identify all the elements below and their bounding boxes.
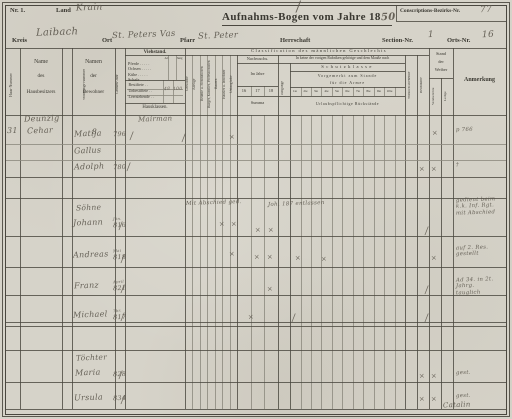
viehstand-bottom: Hausklassen. bbox=[125, 106, 185, 111]
grid-mark: × bbox=[295, 255, 302, 263]
grid-mark: × bbox=[419, 373, 426, 381]
col-hausbesitzer-3: Hausbesitzers bbox=[20, 90, 62, 95]
group-left-col: Jünglinge bbox=[281, 64, 288, 112]
pfarr-label: Pfarr bbox=[180, 38, 195, 45]
section-value: 1 bbox=[428, 31, 434, 40]
houses-row-value-a: 48 bbox=[163, 88, 169, 93]
conscription-district-label: Conscriptions-Bezirks-Nr. bbox=[400, 9, 460, 14]
grid-mark: ∕ bbox=[424, 314, 429, 324]
scanned-census-form: Nr. 1. Land Krain Aufnahms-Bogen vom Jah… bbox=[0, 0, 512, 419]
grid-mark: ∕ bbox=[118, 222, 123, 232]
nachwuchs-age-cell: 18 bbox=[265, 89, 277, 93]
row-group-label: Söhne bbox=[76, 204, 102, 212]
grid-hline bbox=[6, 236, 506, 237]
pfarr-value: St. Peter bbox=[198, 31, 239, 41]
kreis-label: Kreis bbox=[12, 38, 27, 45]
inhabitant-name: Andreas bbox=[73, 250, 109, 259]
nachwuchs-note: Im Jahre bbox=[237, 72, 278, 76]
grid-mark: × bbox=[432, 130, 439, 138]
grid-mark: × bbox=[431, 373, 438, 381]
grid-vline bbox=[168, 55, 169, 80]
grid-mark: ∕ bbox=[424, 286, 429, 296]
grid-vline bbox=[176, 55, 177, 80]
nachwuchs-age-cell: 16 bbox=[238, 89, 250, 93]
page-number: Nr. 1. bbox=[10, 8, 25, 15]
classification-right-col: Wirklich Dienende bbox=[408, 57, 415, 113]
grid-vline bbox=[62, 48, 63, 409]
kreis-value: Laibach bbox=[36, 27, 79, 38]
grid-hline bbox=[6, 326, 506, 327]
grid-mark: × bbox=[267, 286, 274, 294]
grid-hline bbox=[237, 96, 405, 97]
form-title-year-handwritten: 50 bbox=[381, 13, 396, 24]
remark-entry: p 766 bbox=[456, 128, 473, 134]
grid-hline bbox=[6, 160, 506, 161]
grid-vline bbox=[20, 48, 21, 409]
grid-mark: ∕ bbox=[120, 313, 125, 323]
col-bewohner-3: Bewohner bbox=[72, 90, 115, 95]
ort-value: St. Peters Vas bbox=[112, 30, 176, 41]
viehstand-col-b: Jung bbox=[177, 57, 183, 60]
grid-vline bbox=[417, 55, 418, 409]
inhabitant-name: Matija bbox=[74, 130, 102, 139]
weiber-title-2: der bbox=[429, 60, 453, 64]
birth-year: 780 bbox=[113, 164, 127, 171]
grid-mark: ∕ bbox=[126, 163, 131, 173]
inhabitant-name: Adolph bbox=[74, 162, 105, 171]
group-bottom: Urlaubspflichtige Rückstände bbox=[290, 103, 405, 107]
grid-mark: ∕ bbox=[120, 396, 125, 406]
grid-hline bbox=[290, 71, 405, 72]
inhabitant-name: Gallus bbox=[74, 147, 102, 156]
grid-vline bbox=[237, 55, 238, 409]
classification-title: Classification des männlichen Geschlecht… bbox=[185, 49, 453, 54]
houses-row-label: Leerstehende . . bbox=[129, 95, 154, 99]
grid-hline bbox=[6, 267, 506, 268]
grid-mark: × bbox=[231, 221, 238, 229]
armee-class-cell: 6te bbox=[343, 90, 353, 93]
grid-mark: × bbox=[431, 166, 438, 174]
col-hausbesitzer-2: des bbox=[20, 74, 62, 79]
grid-hline bbox=[125, 55, 429, 56]
inhabitant-name: Michael bbox=[73, 310, 108, 319]
grid-mark: ∕ bbox=[181, 134, 186, 144]
armee-class-cell: 1te bbox=[290, 90, 300, 93]
remark-entry: gest. bbox=[456, 394, 471, 400]
grid-hline bbox=[125, 103, 185, 104]
classification-col-label: Adelige bbox=[193, 57, 200, 111]
grid-hline bbox=[237, 63, 405, 64]
grid-mark: × bbox=[321, 256, 328, 264]
inhabitant-name: Franz bbox=[74, 282, 99, 291]
grid-hline bbox=[290, 87, 405, 88]
house-number-value: 31 bbox=[7, 127, 18, 135]
classification-col-label: Bauern bbox=[215, 57, 222, 111]
grid-mark: × bbox=[255, 227, 262, 235]
armee-class-cell: 10te bbox=[385, 90, 395, 93]
houses-row-value-b: 100 bbox=[173, 88, 183, 93]
houses-row-label: Bestiftete . . bbox=[129, 83, 148, 87]
classification-col-label: Beamte u. Honoratioren bbox=[201, 57, 208, 111]
grid-hline bbox=[6, 382, 506, 383]
col-hausbesitzer-1: Name bbox=[20, 60, 62, 66]
grid-mark: × bbox=[419, 396, 426, 404]
remark-entry: † bbox=[456, 163, 459, 169]
grid-hline bbox=[6, 48, 506, 49]
grid-mark: × bbox=[431, 396, 438, 404]
grid-mark: × bbox=[267, 254, 274, 262]
grid-hline bbox=[6, 322, 506, 323]
orts-value: 16 bbox=[482, 31, 494, 40]
grid-mark: ∕ bbox=[291, 314, 296, 324]
grid-vline bbox=[405, 55, 406, 409]
nachwuchs-title: Nachwuchs. bbox=[237, 57, 278, 61]
birth-year: 796 bbox=[113, 131, 127, 138]
group-sub1: Vorgemerkt zum Stande bbox=[290, 74, 405, 78]
grid-hline bbox=[429, 78, 453, 79]
group-line2: Schutzklasse bbox=[290, 65, 405, 70]
house-owner-name: Cehar bbox=[27, 127, 53, 136]
grid-vline bbox=[441, 78, 442, 409]
weiber-title-1: Stand bbox=[429, 52, 453, 56]
grid-mark: × bbox=[229, 134, 236, 142]
grid-mark: × bbox=[419, 166, 426, 174]
grid-mark: × bbox=[229, 251, 236, 259]
armee-class-cell: 4te bbox=[322, 90, 332, 93]
grid-hline bbox=[237, 86, 278, 87]
inhabitant-name: Maria bbox=[75, 369, 101, 378]
grid-mark: × bbox=[268, 227, 275, 235]
nachwuchs-age-cell: 17 bbox=[252, 89, 264, 93]
weiber-col-label: Ledige bbox=[444, 80, 451, 113]
grid-vline bbox=[395, 87, 396, 96]
land-value-handwritten: Krain bbox=[76, 4, 103, 14]
houses-row-label: Unbestiftete . . bbox=[129, 89, 153, 93]
col-haus-nummer: Haus-Nummer bbox=[9, 58, 17, 112]
remark-entry: gest. bbox=[456, 371, 471, 377]
col-bewohner-2: der bbox=[72, 74, 115, 79]
col-anmerkung: Anmerkung bbox=[453, 77, 506, 83]
grid-vline bbox=[278, 55, 279, 409]
grid-vline bbox=[396, 6, 397, 21]
weiber-col-label: Verehelichte bbox=[432, 80, 439, 113]
remark-entry: mit Abschied bbox=[456, 210, 495, 217]
classification-right-col: Beurlaubte bbox=[420, 57, 427, 113]
classification-col-label: Bürger, Künstler, Professionisten bbox=[208, 57, 215, 111]
group-sub2: für die Armee bbox=[290, 81, 405, 85]
ort-label: Ort bbox=[102, 38, 112, 45]
grid-mark: ∕ bbox=[424, 227, 429, 237]
handwritten-note: Mairman bbox=[138, 115, 173, 123]
col-bewohner-1: Namen bbox=[72, 60, 115, 66]
inhabitant-name: Ursula bbox=[74, 393, 103, 402]
nachwuchs-summa: Summa bbox=[237, 101, 278, 105]
grid-mark: ∕ bbox=[129, 132, 134, 142]
armee-class-cell: 2te bbox=[301, 90, 311, 93]
house-owner-name: Deunzig bbox=[24, 114, 60, 123]
grid-vline bbox=[453, 48, 454, 409]
armee-class-cell: 7te bbox=[353, 90, 363, 93]
grid-mark: ∕ bbox=[118, 371, 123, 381]
grid-hline bbox=[6, 295, 506, 296]
grid-mark: ∕ bbox=[120, 255, 125, 265]
conscription-district-value: 77 bbox=[480, 6, 492, 15]
grid-mark: × bbox=[254, 254, 261, 262]
land-label: Land bbox=[56, 8, 71, 15]
grid-vline bbox=[429, 48, 430, 409]
grid-mark: ∕ bbox=[120, 285, 125, 295]
weiber-title-3: Weiber bbox=[429, 68, 453, 72]
inhabitant-name: Johann bbox=[73, 218, 103, 227]
grid-hline bbox=[6, 144, 506, 145]
armee-class-cell: 9te bbox=[374, 90, 384, 93]
grid-mark: × bbox=[219, 221, 226, 229]
row-group-label: Töchter bbox=[76, 353, 107, 362]
grid-hline bbox=[6, 177, 506, 178]
remark-entry: tauglich bbox=[456, 290, 481, 296]
col-geburtsjahr: Geburts-Jahr bbox=[116, 56, 124, 113]
grid-vline bbox=[72, 48, 73, 409]
grid-hline bbox=[6, 115, 506, 116]
grid-hline bbox=[6, 350, 506, 351]
grid-hline bbox=[6, 198, 506, 199]
armee-class-cell: 3te bbox=[311, 90, 321, 93]
section-label: Section-Nr. bbox=[382, 38, 413, 45]
grid-hline bbox=[6, 409, 506, 410]
grid-mark: × bbox=[431, 255, 438, 263]
classification-col-label: Untaugliche bbox=[230, 57, 237, 111]
grid-hline bbox=[396, 21, 506, 22]
classification-col-label: Geistliche bbox=[186, 57, 193, 111]
armee-class-cell: 8te bbox=[364, 90, 374, 93]
classification-col-label: Häusler u. Inwohner bbox=[223, 57, 230, 111]
form-title: Aufnahms-Bogen vom Jahre 1850 bbox=[222, 12, 392, 26]
group-line1: In keine der vorigen Rubriken gehörige u… bbox=[280, 57, 405, 61]
orts-label: Orts-Nr. bbox=[447, 38, 470, 45]
armee-class-cell: 5te bbox=[332, 90, 342, 93]
viehstand-animal-row: Ochsen . . . . . bbox=[128, 67, 151, 71]
grid-mark: × bbox=[248, 314, 255, 322]
herrschaft-label: Herrschaft bbox=[280, 38, 310, 45]
